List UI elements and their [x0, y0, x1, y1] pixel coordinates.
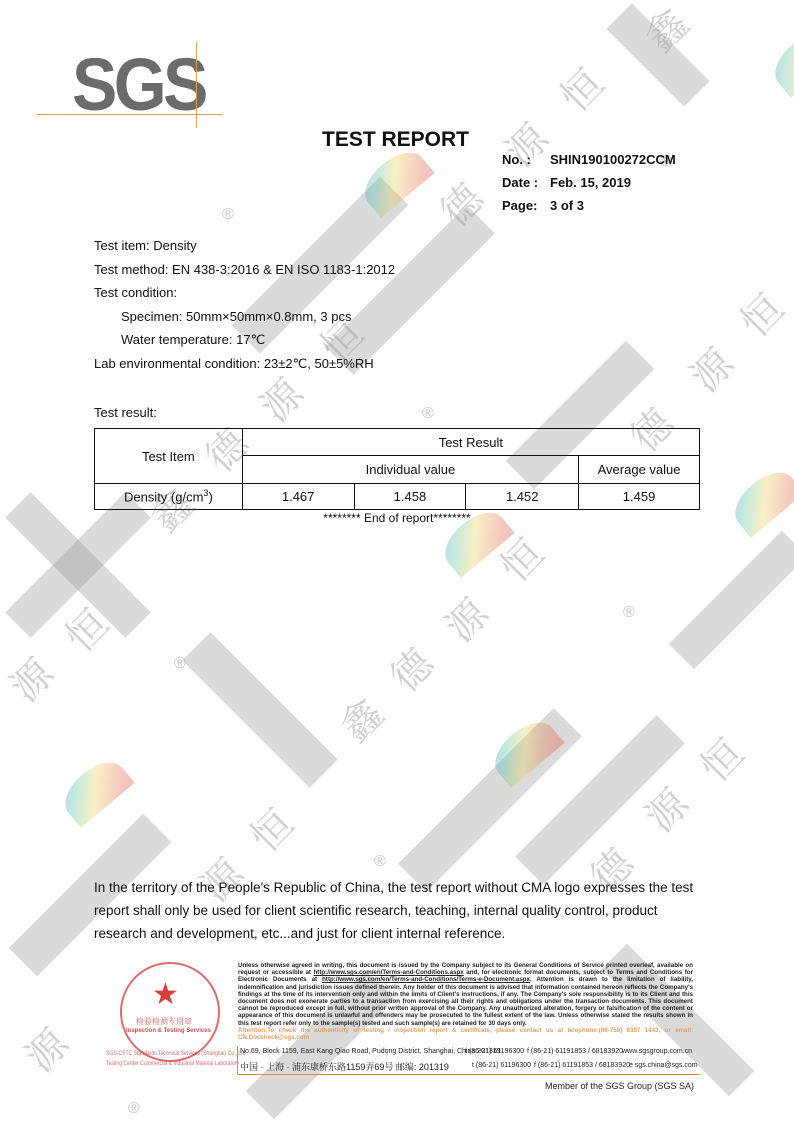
stamp-cn-text: 检验检测专用章: [136, 1016, 192, 1027]
test-result-label: Test result:: [94, 405, 157, 420]
report-title: TEST REPORT: [322, 128, 469, 152]
stamp-lab-line: Testing Center Commercial & Industrial M…: [106, 1060, 239, 1067]
report-date-label: Date :: [502, 175, 550, 198]
stamp-circle: [120, 962, 220, 1062]
telephone: t (86-21) 61196300: [472, 1060, 534, 1073]
sgs-logo: SGS: [72, 48, 205, 122]
report-number-row: No. : SHIN190100272CCM: [502, 152, 676, 175]
header-individual-value: Individual value: [242, 456, 578, 484]
address-row-en: No.69, Block 1159, East Kang Qiao Road, …: [240, 1048, 692, 1055]
row-item: Density (g/cm3): [95, 484, 243, 510]
authenticity-attention: Attention:To check the authenticity of t…: [238, 1027, 693, 1041]
address-cn: 中国 · 上海 · 浦东康桥东路1159弄69号 邮编: 201319: [240, 1060, 472, 1073]
report-page-value: 3 of 3: [550, 198, 584, 221]
sgs-group-member: Member of the SGS Group (SGS SA): [545, 1081, 694, 1091]
report-date-value: Feb. 15, 2019: [550, 175, 631, 198]
address-en: No.69, Block 1159, East Kang Qiao Road, …: [240, 1048, 465, 1055]
report-number-label: No. :: [502, 152, 550, 175]
row-item-label: Density (g/cm: [124, 490, 203, 505]
report-number-value: SHIN190100272CCM: [550, 152, 676, 175]
stamp-company-line: SGS-CSTC Standards Technical Services (S…: [106, 1050, 247, 1057]
logo-horizontal-rule: [37, 114, 222, 115]
terms-link[interactable]: http://www.sgs.com/en/Terms-and-Conditio…: [314, 969, 464, 976]
official-stamp: ★ 检验检测专用章 Inspection & Testing Services …: [112, 962, 228, 1062]
test-item: Test item: Density: [94, 237, 395, 261]
stamp-en-text: Inspection & Testing Services: [126, 1028, 211, 1034]
header-average-value: Average value: [579, 456, 700, 484]
header-test-result: Test Result: [242, 429, 699, 456]
terms-and-conditions: Unless otherwise agreed in writing, this…: [238, 962, 693, 1041]
footer-rule: [237, 1074, 700, 1075]
star-icon: ★: [152, 980, 179, 1010]
report-meta: No. : SHIN190100272CCM Date : Feb. 15, 2…: [502, 152, 676, 221]
e-document-terms-link[interactable]: http://www.sgs.com/en/Terms-and-Conditio…: [322, 976, 530, 983]
terms-text: . Attention is drawn to the limitation o…: [238, 976, 693, 1026]
test-method: Test method: EN 438-3:2016 & EN ISO 1183…: [94, 261, 395, 285]
table-row: Density (g/cm3) 1.467 1.458 1.452 1.459: [95, 484, 700, 510]
individual-value-3: 1.452: [466, 484, 579, 510]
address-accent-bar: [237, 1046, 238, 1074]
logo-vertical-rule: [196, 42, 197, 128]
email: e sgs.china@sgs.com: [629, 1060, 698, 1073]
average-value: 1.459: [579, 484, 700, 510]
header-test-item: Test Item: [95, 429, 243, 484]
website: www.sgsgroup.com.cn: [622, 1048, 692, 1055]
report-page-label: Page:: [502, 198, 550, 221]
cma-notice: In the territory of the People's Republi…: [94, 876, 704, 945]
water-temperature: Water temperature: 17℃: [94, 331, 395, 355]
results-table: Test Item Test Result Individual value A…: [94, 428, 700, 510]
fax: f (86-21) 61191853 / 68183920: [527, 1048, 622, 1055]
document-page: SGS TEST REPORT No. : SHIN190100272CCM D…: [0, 0, 794, 1123]
fax: f (86-21) 61191853 / 68183920: [534, 1060, 629, 1073]
report-date-row: Date : Feb. 15, 2019: [502, 175, 676, 198]
individual-value-1: 1.467: [242, 484, 354, 510]
address-row-cn: 中国 · 上海 · 浦东康桥东路1159弄69号 邮编: 201319 t (8…: [240, 1060, 698, 1073]
test-info: Test item: Density Test method: EN 438-3…: [94, 237, 395, 378]
specimen: Specimen: 50mm×50mm×0.8mm, 3 pcs: [94, 308, 395, 332]
individual-value-2: 1.458: [354, 484, 466, 510]
report-page-row: Page: 3 of 3: [502, 198, 676, 221]
end-of-report: ******** End of report********: [0, 511, 794, 525]
row-item-close: ): [208, 490, 212, 505]
telephone: t (86-21) 61196300: [465, 1048, 527, 1055]
test-condition: Test condition:: [94, 284, 395, 308]
lab-condition: Lab environmental condition: 23±2℃, 50±5…: [94, 355, 395, 379]
